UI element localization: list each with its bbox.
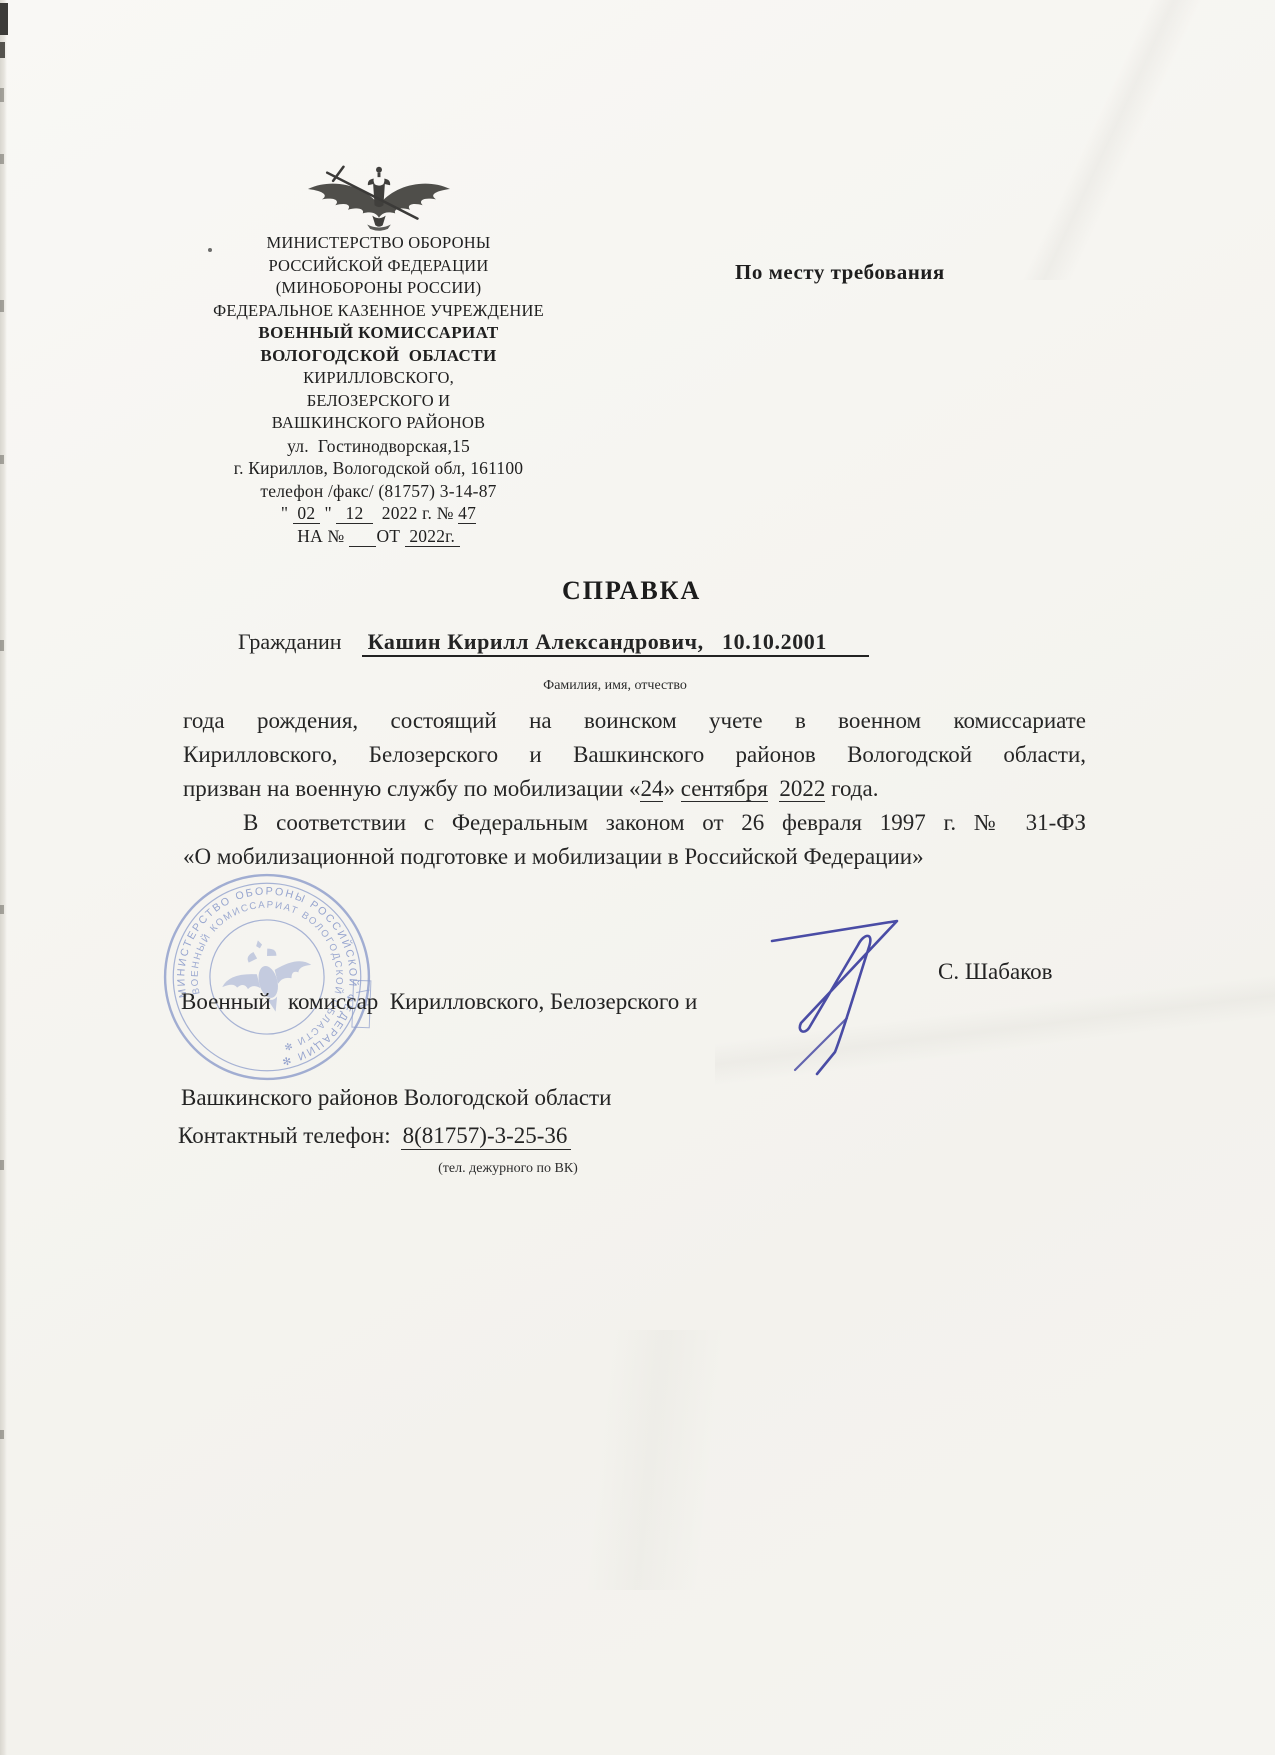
body-paragraph-1: года рождения, состоящий на воинском уче…: [183, 704, 1086, 806]
body-line: Кирилловского, Белозерского и Вашкинског…: [183, 738, 1086, 772]
body-text: »: [663, 776, 680, 801]
letterhead-org-name: ВОЛОГОДСКОЙ ОБЛАСТИ: [115, 345, 642, 368]
citizen-line: ГражданинКашин Кирилл Александрович, 10.…: [238, 629, 869, 655]
signatory-line: Вашкинского районов Вологодской области: [181, 1082, 697, 1114]
mod-double-eagle-emblem-icon: [305, 160, 453, 232]
contact-label: Контактный телефон:: [178, 1123, 391, 1148]
contact-line: Контактный телефон:8(81757)-3-25-36: [178, 1123, 571, 1149]
letterhead-line: РОССИЙСКОЙ ФЕДЕРАЦИИ: [115, 255, 642, 278]
paper-crease: [150, 1330, 1150, 1590]
scan-edge-tick: [0, 640, 4, 651]
doc-number: 47: [458, 503, 476, 524]
mobilization-year: 2022: [779, 776, 825, 802]
letterhead-ref-line: НА № ОТ 2022г.: [115, 525, 642, 548]
paper-crease: [855, 0, 1275, 280]
date-month: 12: [336, 503, 372, 524]
body-line: В соответствии с Федеральным законом от …: [183, 806, 1086, 840]
scan-edge-tick: [0, 455, 4, 464]
body-text: призван на военную службу по мобилизации…: [183, 776, 640, 801]
body-text: [768, 776, 780, 801]
mobilization-month: сентября: [681, 776, 768, 802]
letterhead-address-line: телефон /факс/ (81757) 3-14-87: [115, 480, 642, 503]
letterhead-date-line: " 02 " 12 2022 г. № 47: [115, 502, 642, 525]
scanned-document-page: МИНИСТЕРСТВО ОБОРОНЫ РОССИЙСКОЙ ФЕДЕРАЦИ…: [0, 0, 1275, 1755]
signatory-name: С. Шабаков: [938, 959, 1053, 985]
letterhead-line: (МИНОБОРОНЫ РОССИИ): [115, 277, 642, 300]
scan-corner-mark: [0, 3, 8, 35]
letterhead-district-line: ВАШКИНСКОГО РАЙОНОВ: [115, 412, 642, 435]
scan-edge-tick: [0, 905, 4, 914]
contact-phone: 8(81757)-3-25-36: [401, 1123, 572, 1150]
letterhead-district-line: БЕЛОЗЕРСКОГО И: [115, 390, 642, 413]
letterhead-org-name: ВОЕННЫЙ КОМИССАРИАТ: [115, 322, 642, 345]
contact-caption: (тел. дежурного по ВК): [428, 1161, 588, 1177]
citizen-full-name: Кашин Кирилл Александрович, 10.10.2001: [362, 629, 869, 657]
ref-ot: ОТ: [376, 526, 404, 546]
letterhead-line: ФЕДЕРАЛЬНОЕ КАЗЕННОЕ УЧРЕЖДЕНИЕ: [115, 300, 642, 323]
citizen-label: Гражданин: [238, 629, 342, 654]
document-title: СПРАВКА: [562, 576, 701, 606]
date-quote: ": [281, 503, 293, 523]
scan-edge-tick: [0, 1160, 4, 1170]
body-text: года.: [825, 776, 878, 801]
signatory-line: Военный комиссар Кирилловского, Белозерс…: [181, 986, 697, 1018]
date-quote: ": [320, 503, 337, 523]
body-line: года рождения, состоящий на воинском уче…: [183, 704, 1086, 738]
ref-blank: [349, 526, 376, 547]
destination-note: По месту требования: [735, 260, 945, 285]
ref-year: 2022г.: [405, 526, 460, 547]
letterhead-address-line: г. Кириллов, Вологодской обл, 161100: [115, 457, 642, 480]
date-year: 2022 г. №: [373, 503, 459, 523]
scan-edge-tick: [0, 300, 4, 312]
scan-corner-mark: [0, 42, 5, 58]
date-day: 02: [293, 503, 320, 524]
scan-edge-tick: [0, 1430, 4, 1439]
scan-edge-tick: [0, 88, 4, 102]
blue-ink-signature-icon: [755, 900, 920, 1088]
letterhead-block: МИНИСТЕРСТВО ОБОРОНЫ РОССИЙСКОЙ ФЕДЕРАЦИ…: [115, 232, 642, 547]
mobilization-day: 24: [640, 776, 663, 802]
ref-na: НА №: [297, 526, 349, 546]
letterhead-address-line: ул. Гостинодворская,15: [115, 435, 642, 458]
scan-edge-strip: [0, 0, 7, 1755]
body-line: призван на военную службу по мобилизации…: [183, 772, 1086, 806]
letterhead-line: МИНИСТЕРСТВО ОБОРОНЫ: [115, 232, 642, 255]
letterhead-district-line: КИРИЛЛОВСКОГО,: [115, 367, 642, 390]
fio-caption: Фамилия, имя, отчество: [445, 678, 785, 694]
scan-edge-tick: [0, 154, 4, 164]
